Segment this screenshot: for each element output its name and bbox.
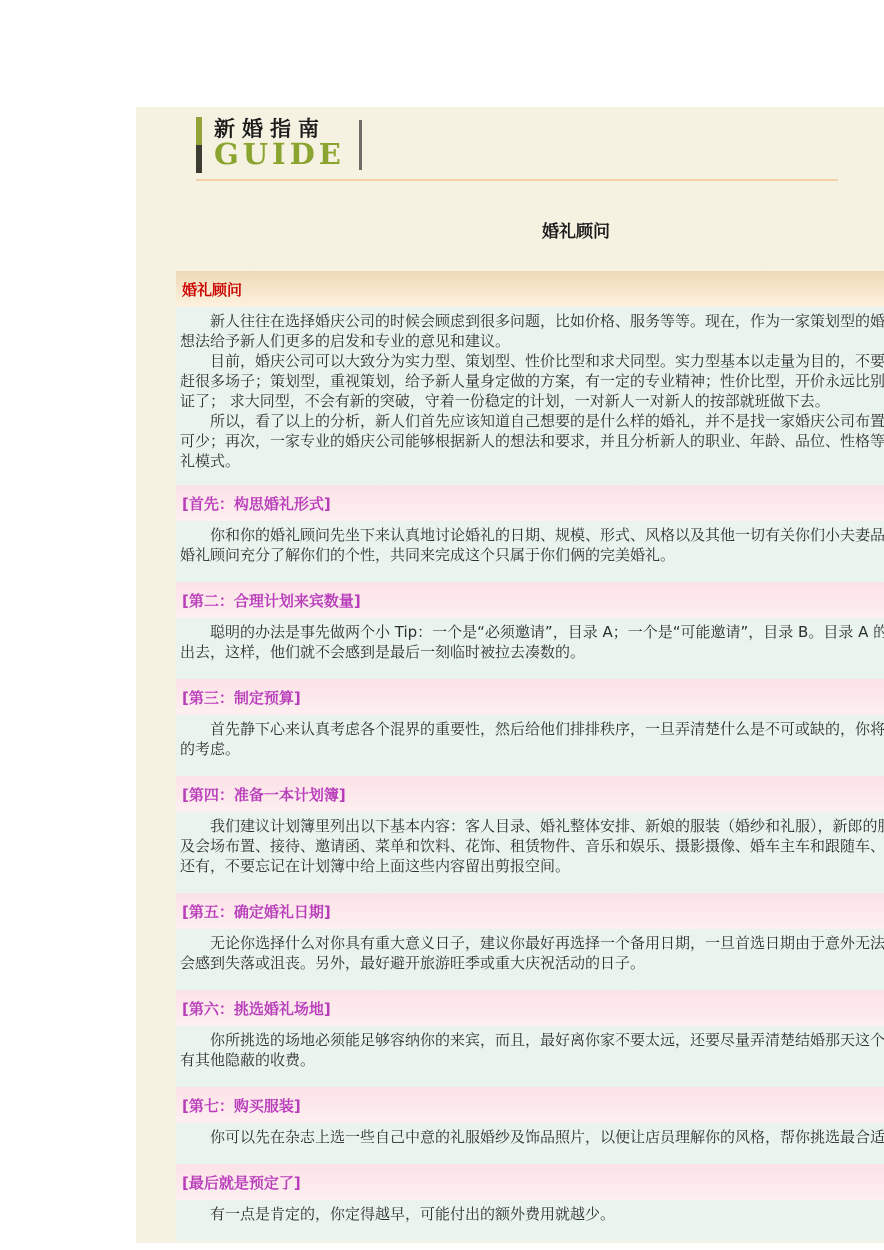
intro-heading: 婚礼顾问 [176,271,884,307]
logo-accent-bar-icon [196,117,202,173]
section-body: 聪明的办法是事先做两个小 Tip：一个是“必须邀请”，目录 A；一个是“可能邀请… [176,618,884,679]
content-column: 新婚指南 GUIDE 婚礼顾问 婚礼顾问 新人往往在选择婚庆公司的时候会顾虑到很… [136,107,884,1243]
page-title: 婚礼顾问 [176,217,884,242]
section-body: 无论你选择什么对你具有重大意义日子，建议你最好再选择一个备用日期，一旦首选日期由… [176,929,884,990]
text-line: 你所挑选的场地必须能足够容纳你的来宾，而且，最好离你家不要太远，还要尽量弄清楚结… [180,1030,884,1050]
text-line: 目前，婚庆公司可以大致分为实力型、策划型、性价比型和求犬同型。实力型基本以走量为… [180,351,884,371]
content-inner: 新婚指南 GUIDE 婚礼顾问 婚礼顾问 新人往往在选择婚庆公司的时候会顾虑到很… [176,117,884,1241]
section-body: 我们建议计划簿里列出以下基本内容：客人目录、婚礼整体安排、新娘的服装（婚纱和礼服… [176,812,884,893]
section-heading: [第四：准备一本计划簿] [176,776,884,812]
header-rule [196,179,838,181]
text-line: 有其他隐蔽的收费。 [180,1050,884,1070]
section-body: 有一点是肯定的，你定得越早，可能付出的额外费用就越少。 [176,1200,884,1241]
section-heading: [首先：构思婚礼形式] [176,485,884,521]
text-line: 出去，这样，他们就不会感到是最后一刻临时被拉去凑数的。 [180,642,884,662]
section-fifth: [第五：确定婚礼日期] 无论你选择什么对你具有重大意义日子，建议你最好再选择一个… [176,893,884,990]
section-heading: [第七：购买服装] [176,1087,884,1123]
section-last: [最后就是预定了] 有一点是肯定的，你定得越早，可能付出的额外费用就越少。 [176,1164,884,1241]
text-line: 可少；再次，一家专业的婚庆公司能够根据新人的想法和要求，并且分析新人的职业、年龄… [180,431,884,451]
text-line: 无论你选择什么对你具有重大意义日子，建议你最好再选择一个备用日期，一旦首选日期由… [180,933,884,953]
section-body: 首先静下心来认真考虑各个混界的重要性，然后给他们排排秩序，一旦弄清楚什么是不可或… [176,715,884,776]
text-line: 婚礼顾问充分了解你们的个性，共同来完成这个只属于你们俩的完美婚礼。 [180,545,884,565]
section-heading: [第三：制定预算] [176,679,884,715]
section-body: 你和你的婚礼顾问先坐下来认真地讨论婚礼的日期、规模、形式、风格以及其他一切有关你… [176,521,884,582]
text-line: 你可以先在杂志上选一些自己中意的礼服婚纱及饰品照片，以便让店员理解你的风格，帮你… [180,1127,884,1147]
section-heading: [第二：合理计划来宾数量] [176,582,884,618]
text-line: 有一点是肯定的，你定得越早，可能付出的额外费用就越少。 [180,1204,884,1224]
section-heading: [第五：确定婚礼日期] [176,893,884,929]
text-line: 及会场布置、接待、邀请函、菜单和饮料、花饰、租赁物件、音乐和娱乐、摄影摄像、婚车… [180,836,884,856]
text-line: 会感到失落或沮丧。另外，最好避开旅游旺季或重大庆祝活动的日子。 [180,953,884,973]
section-second: [第二：合理计划来宾数量] 聪明的办法是事先做两个小 Tip：一个是“必须邀请”… [176,582,884,679]
text-line: 我们建议计划簿里列出以下基本内容：客人目录、婚礼整体安排、新娘的服装（婚纱和礼服… [180,816,884,836]
logo-divider-bar-icon [359,120,362,170]
section-sixth: [第六：挑选婚礼场地] 你所挑选的场地必须能足够容纳你的来宾，而且，最好离你家不… [176,990,884,1087]
intro-section: 婚礼顾问 新人往往在选择婚庆公司的时候会顾虑到很多问题，比如价格、服务等等。现在… [176,271,884,485]
section-seventh: [第七：购买服装] 你可以先在杂志上选一些自己中意的礼服婚纱及饰品照片，以便让店… [176,1087,884,1164]
text-line: 赶很多场子；策划型，重视策划，给予新人量身定做的方案，有一定的专业精神；性价比型… [180,371,884,391]
text-line: 你和你的婚礼顾问先坐下来认真地讨论婚礼的日期、规模、形式、风格以及其他一切有关你… [180,525,884,545]
text-line: 聪明的办法是事先做两个小 Tip：一个是“必须邀请”，目录 A；一个是“可能邀请… [180,622,884,642]
section-fourth: [第四：准备一本计划簿] 我们建议计划簿里列出以下基本内容：客人目录、婚礼整体安… [176,776,884,893]
text-line: 证了； 求大同型，不会有新的突破，守着一份稳定的计划，一对新人一对新人的按部就班… [180,391,884,411]
text-line: 想法给予新人们更多的启发和专业的意见和建议。 [180,331,884,351]
intro-body: 新人往往在选择婚庆公司的时候会顾虑到很多问题，比如价格、服务等等。现在，作为一家… [176,307,884,485]
text-line: 所以，看了以上的分析，新人们首先应该知道自己想要的是什么样的婚礼，并不是找一家婚… [180,411,884,431]
section-heading: [第六：挑选婚礼场地] [176,990,884,1026]
logo-title-english: GUIDE [214,139,345,169]
section-body: 你所挑选的场地必须能足够容纳你的来宾，而且，最好离你家不要太远，还要尽量弄清楚结… [176,1026,884,1087]
text-line: 还有，不要忘记在计划簿中给上面这些内容留出剪报空间。 [180,856,884,876]
text-line: 新人往往在选择婚庆公司的时候会顾虑到很多问题，比如价格、服务等等。现在，作为一家… [180,311,884,331]
site-logo: 新婚指南 GUIDE [196,117,884,173]
text-line: 首先静下心来认真考虑各个混界的重要性，然后给他们排排秩序，一旦弄清楚什么是不可或… [180,719,884,739]
text-line: 的考虑。 [180,739,884,759]
logo-text-block: 新婚指南 GUIDE [214,117,345,169]
section-first: [首先：构思婚礼形式] 你和你的婚礼顾问先坐下来认真地讨论婚礼的日期、规模、形式… [176,485,884,582]
section-body: 你可以先在杂志上选一些自己中意的礼服婚纱及饰品照片，以便让店员理解你的风格，帮你… [176,1123,884,1164]
section-heading: [最后就是预定了] [176,1164,884,1200]
section-third: [第三：制定预算] 首先静下心来认真考虑各个混界的重要性，然后给他们排排秩序，一… [176,679,884,776]
text-line: 礼模式。 [180,451,884,471]
